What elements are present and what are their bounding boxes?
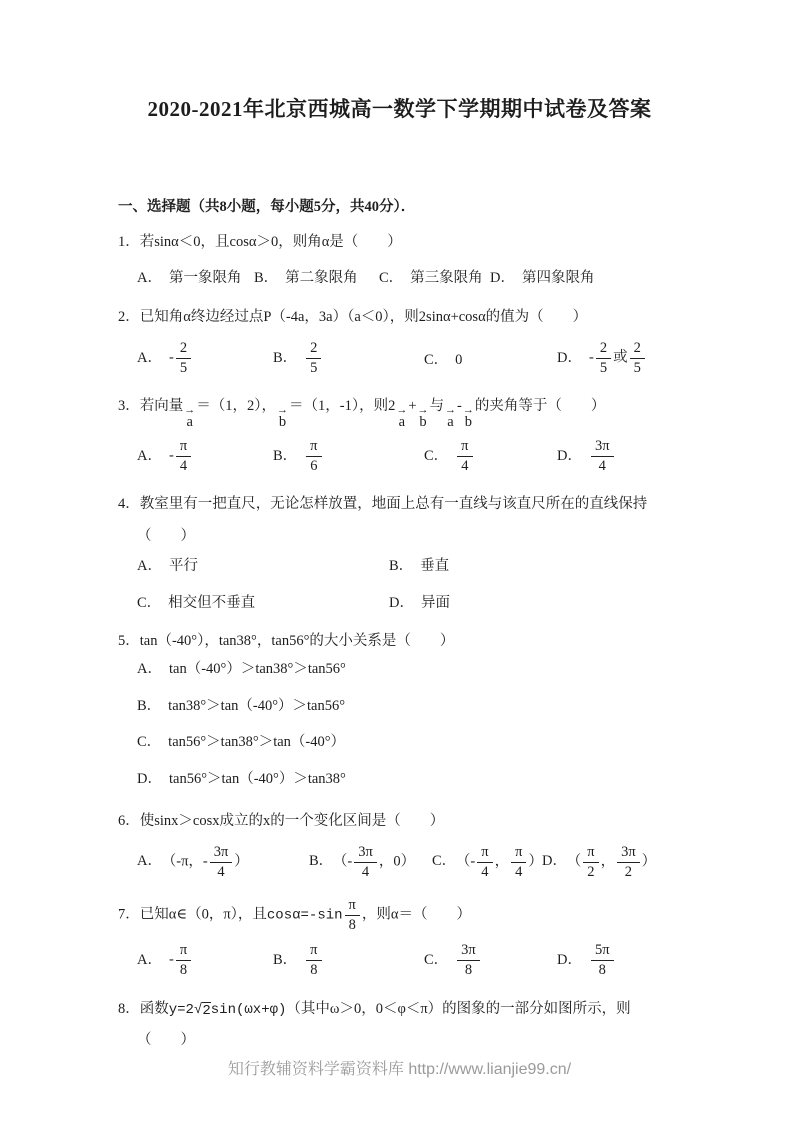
- text-segment: cosα=-sin: [267, 908, 343, 924]
- footer-text: 知行教辅资料学霸资料库 http://www.lianjie99.cn/: [118, 1060, 681, 1081]
- vector: →a: [396, 406, 407, 431]
- text-segment: -: [589, 350, 594, 366]
- option-group: A．第一象限角B．第二象限角C．第三象限角D．第四象限角: [118, 260, 681, 292]
- fraction-denominator: 4: [511, 863, 526, 882]
- option-label: C．: [424, 352, 448, 368]
- option: C．相交但不垂直: [137, 591, 389, 612]
- question-2: 2．已知角α终边经过点P（-4a，3a）（a＜0），则2sinα+cosα的值为…: [118, 302, 681, 381]
- fraction: 3π4: [591, 437, 614, 476]
- fraction-numerator: π: [511, 843, 526, 863]
- fraction-denominator: 8: [176, 961, 191, 980]
- fraction: π8: [176, 941, 191, 980]
- section-header: 一、选择题（共8小题，每小题5分，共40分）．: [118, 197, 681, 219]
- option-group: A．tan（-40°）＞tan38°＞tan56°B．tan38°＞tan（-4…: [118, 659, 681, 791]
- option: B．垂直: [389, 554, 681, 575]
- vector-letter: a: [187, 415, 193, 431]
- text-segment: 8．函数: [118, 1001, 169, 1017]
- option: D．-25或25: [557, 338, 681, 379]
- option: C．3π8: [424, 940, 557, 981]
- fraction-numerator: π: [306, 941, 321, 961]
- option-label: B．: [273, 448, 297, 464]
- fraction-denominator: 4: [595, 457, 610, 476]
- vector-letter: b: [419, 415, 426, 431]
- option-label: D．: [137, 771, 162, 787]
- fraction-denominator: 4: [358, 863, 373, 882]
- fraction-denominator: 2: [583, 863, 598, 882]
- fraction-denominator: 8: [306, 961, 321, 980]
- option: A．（-π，-3π4）: [137, 842, 309, 883]
- option-label: A．: [137, 853, 162, 869]
- question-stem: 5．tan（-40°），tan38°，tan56°的大小关系是（ ）: [118, 626, 681, 657]
- vector: →b: [463, 406, 474, 431]
- option-label: A．: [137, 952, 162, 968]
- text-segment: -: [457, 398, 462, 414]
- fraction-numerator: π: [457, 437, 472, 457]
- text-segment: 第三象限角: [410, 270, 483, 286]
- question-6: 6．使sinx＞cosx成立的x的一个变化区间是（ ）A．（-π，-3π4）B．…: [118, 806, 681, 885]
- fraction-numerator: 5π: [591, 941, 614, 961]
- fraction-numerator: 2: [176, 339, 191, 359]
- fraction: 3π8: [457, 941, 480, 980]
- fraction-numerator: 2: [596, 339, 611, 359]
- text-segment: 与: [430, 398, 445, 414]
- option-label: D．: [557, 952, 582, 968]
- option-label: D．: [490, 270, 515, 286]
- fraction: π4: [511, 843, 526, 882]
- vector: →b: [418, 406, 429, 431]
- option-label: D．: [542, 853, 567, 869]
- fraction: π4: [457, 437, 472, 476]
- fraction: π2: [583, 843, 598, 882]
- text-segment: ，: [495, 853, 510, 869]
- fraction-numerator: π: [477, 843, 492, 863]
- text-segment: ，则α＝（ ）: [362, 907, 471, 923]
- option: C．π4: [424, 436, 557, 477]
- question-8: 8．函数y=2√2sin(ωx+φ)（其中ω＞0，0＜φ＜π）的图象的一部分如图…: [118, 994, 681, 1056]
- fraction-numerator: 2: [630, 339, 645, 359]
- fraction-denominator: 2: [621, 863, 636, 882]
- vector-letter: b: [279, 415, 286, 431]
- text-segment: 2．已知角α终边经过点P（-4a，3a）（a＜0），则2sinα+cosα的值为…: [118, 309, 587, 325]
- text-segment: 0: [455, 352, 462, 368]
- vector-letter: a: [399, 415, 405, 431]
- option: B．25: [273, 338, 424, 379]
- text-segment: tan56°＞tan38°＞tan（-40°）: [168, 734, 345, 750]
- text-segment: 第一象限角: [169, 270, 242, 286]
- fraction-numerator: 3π: [354, 843, 377, 863]
- option-label: B．: [273, 952, 297, 968]
- option: D．5π8: [557, 940, 681, 981]
- fraction: 25: [596, 339, 611, 378]
- option-label: B．: [273, 350, 297, 366]
- option-label: A．: [137, 661, 162, 677]
- fraction-numerator: 3π: [617, 843, 640, 863]
- option: C．0: [424, 348, 557, 369]
- text-segment: ＝（1，-1），则2: [289, 398, 395, 414]
- fraction-numerator: π: [583, 843, 598, 863]
- option-label: D．: [389, 595, 414, 611]
- option-group: A．-25B．25C．0D．-25或25: [118, 335, 681, 381]
- option-group: A．-π4B．π6C．π4D．3π4: [118, 433, 681, 479]
- option: D．异面: [389, 591, 681, 612]
- fraction: π4: [176, 437, 191, 476]
- text-segment: 的夹角等于（ ）: [475, 398, 606, 414]
- fraction-numerator: 2: [306, 339, 321, 359]
- text-segment: 7．已知α∈（0，π），且: [118, 907, 267, 923]
- option: A．-π4: [137, 436, 273, 477]
- page-title: 2020-2021年北京西城高一数学下学期期中试卷及答案: [118, 96, 681, 123]
- fraction-numerator: π: [306, 437, 321, 457]
- option: D．（π2，3π2）: [542, 842, 681, 883]
- option-label: B．: [137, 698, 161, 714]
- option-label: C．: [379, 270, 403, 286]
- option-label: A．: [137, 558, 162, 574]
- text-segment: tan38°＞tan（-40°）＞tan56°: [168, 698, 345, 714]
- question-1: 1．若sinα＜0，且cosα＞0，则角α是（ ）A．第一象限角B．第二象限角C…: [118, 227, 681, 292]
- text-segment: 3．若向量: [118, 398, 183, 414]
- radical-sign-icon: √: [194, 1002, 202, 1020]
- text-segment: （-: [463, 853, 475, 869]
- option: D．第四象限角: [490, 266, 681, 287]
- text-segment: （: [574, 853, 581, 869]
- exam-page: 2020-2021年北京西城高一数学下学期期中试卷及答案 一、选择题（共8小题，…: [0, 0, 793, 1123]
- question-7: 7．已知α∈（0，π），且cosα=-sinπ8，则α＝（ ）A．-π8B．π8…: [118, 895, 681, 984]
- option-label: C．: [432, 853, 456, 869]
- text-segment: 4．教室里有一把直尺，无论怎样放置，地面上总有一直线与该直尺所在的直线保持（ ）: [118, 496, 647, 543]
- fraction-denominator: 8: [595, 961, 610, 980]
- option-label: B．: [389, 558, 413, 574]
- text-segment: （其中ω＞0，0＜φ＜π）的图象的一部分如图所示，则: [286, 1001, 630, 1017]
- option: C．tan56°＞tan38°＞tan（-40°）: [137, 732, 681, 754]
- text-segment: 第四象限角: [522, 270, 595, 286]
- question-list: 1．若sinα＜0，且cosα＞0，则角α是（ ）A．第一象限角B．第二象限角C…: [118, 225, 681, 1060]
- option: B．π6: [273, 436, 424, 477]
- text-segment: -: [169, 952, 174, 968]
- fraction-denominator: 4: [477, 863, 492, 882]
- text-segment: -: [169, 350, 174, 366]
- text-segment: 垂直: [420, 558, 449, 574]
- option-label: D．: [557, 350, 582, 366]
- option-label: C．: [424, 952, 448, 968]
- fraction-numerator: 3π: [457, 941, 480, 961]
- text-segment: ）: [528, 853, 543, 869]
- text-segment: 5．tan（-40°），tan38°，tan56°的大小关系是（ ）: [118, 633, 454, 649]
- option: A．tan（-40°）＞tan38°＞tan56°: [137, 659, 681, 681]
- text-segment: tan56°＞tan（-40°）＞tan38°: [169, 771, 346, 787]
- option-label: C．: [137, 595, 161, 611]
- fraction: 25: [176, 339, 191, 378]
- option-group: A．（-π，-3π4）B．（-3π4，0）C．（-π4，π4）D．（π2，3π2…: [118, 839, 681, 885]
- text-segment: y=2: [169, 1002, 194, 1018]
- option-label: C．: [424, 448, 448, 464]
- option: A．-25: [137, 338, 273, 379]
- fraction-denominator: 6: [306, 457, 321, 476]
- fraction-denominator: 4: [213, 863, 228, 882]
- question-stem: 4．教室里有一把直尺，无论怎样放置，地面上总有一直线与该直尺所在的直线保持（ ）: [118, 489, 681, 551]
- fraction-numerator: π: [176, 941, 191, 961]
- question-stem: 2．已知角α终边经过点P（-4a，3a）（a＜0），则2sinα+cosα的值为…: [118, 302, 681, 333]
- text-segment: ）: [642, 853, 657, 869]
- fraction: 5π8: [591, 941, 614, 980]
- option-label: B．: [254, 270, 278, 286]
- vector: →a: [445, 406, 456, 431]
- fraction-denominator: 5: [176, 359, 191, 378]
- fraction-denominator: 5: [596, 359, 611, 378]
- text-segment: ，: [601, 853, 616, 869]
- option-label: B．: [309, 853, 333, 869]
- fraction: 25: [630, 339, 645, 378]
- option: B．第二象限角: [254, 266, 379, 287]
- option: C．第三象限角: [379, 266, 490, 287]
- question-4: 4．教室里有一把直尺，无论怎样放置，地面上总有一直线与该直尺所在的直线保持（ ）…: [118, 489, 681, 611]
- vector: →a: [184, 406, 195, 431]
- fraction: π8: [306, 941, 321, 980]
- option: C．（-π4，π4）: [432, 842, 542, 883]
- fraction: π6: [306, 437, 321, 476]
- text-segment: sin(ωx+φ): [211, 1002, 287, 1018]
- text-segment: 或: [613, 350, 628, 366]
- question-stem: 7．已知α∈（0，π），且cosα=-sinπ8，则α＝（ ）: [118, 895, 681, 936]
- option-group: A．-π8B．π8C．3π8D．5π8: [118, 938, 681, 984]
- fraction: 3π4: [210, 843, 233, 882]
- option: B．π8: [273, 940, 424, 981]
- text-segment: 平行: [169, 558, 198, 574]
- question-stem: 3．若向量→a＝（1，2），→b＝（1，-1），则2→a+→b与→a-→b的夹角…: [118, 391, 681, 431]
- text-segment: ，0）: [379, 853, 415, 869]
- option: B．（-3π4，0）: [309, 842, 432, 883]
- text-segment: 第二象限角: [285, 270, 358, 286]
- option: B．tan38°＞tan（-40°）＞tan56°: [137, 696, 681, 718]
- question-stem: 1．若sinα＜0，且cosα＞0，则角α是（ ）: [118, 227, 681, 258]
- question-stem: 8．函数y=2√2sin(ωx+φ)（其中ω＞0，0＜φ＜π）的图象的一部分如图…: [118, 994, 681, 1056]
- fraction-denominator: 5: [306, 359, 321, 378]
- fraction-denominator: 4: [176, 457, 191, 476]
- question-3: 3．若向量→a＝（1，2），→b＝（1，-1），则2→a+→b与→a-→b的夹角…: [118, 391, 681, 479]
- text-segment: ）: [234, 853, 249, 869]
- text-segment: ＝（1，2），: [196, 398, 276, 414]
- fraction: 3π4: [354, 843, 377, 882]
- option-label: D．: [557, 448, 582, 464]
- fraction: π8: [345, 896, 360, 935]
- text-segment: -: [169, 448, 174, 464]
- text-segment: 相交但不垂直: [168, 595, 255, 611]
- fraction: π4: [477, 843, 492, 882]
- fraction-numerator: 3π: [591, 437, 614, 457]
- radicand: 2: [202, 1002, 210, 1020]
- option-label: A．: [137, 448, 162, 464]
- option-label: A．: [137, 270, 162, 286]
- text-segment: （-π，-: [169, 853, 208, 869]
- text-segment: （-: [340, 853, 352, 869]
- fraction-denominator: 4: [457, 457, 472, 476]
- option-group: A．平行B．垂直C．相交但不垂直D．异面: [118, 554, 681, 612]
- option: D．tan56°＞tan（-40°）＞tan38°: [137, 769, 681, 791]
- square-root: √2: [194, 1002, 211, 1020]
- fraction: 25: [306, 339, 321, 378]
- option: A．-π8: [137, 940, 273, 981]
- fraction: 3π2: [617, 843, 640, 882]
- fraction-numerator: π: [345, 896, 360, 916]
- vector-letter: a: [447, 415, 453, 431]
- vector: →b: [277, 406, 288, 431]
- option: D．3π4: [557, 436, 681, 477]
- fraction-numerator: π: [176, 437, 191, 457]
- text-segment: 6．使sinx＞cosx成立的x的一个变化区间是（ ）: [118, 813, 444, 829]
- text-segment: tan（-40°）＞tan38°＞tan56°: [169, 661, 346, 677]
- question-stem: 6．使sinx＞cosx成立的x的一个变化区间是（ ）: [118, 806, 681, 837]
- option: A．平行: [137, 554, 389, 575]
- option-label: A．: [137, 350, 162, 366]
- vector-letter: b: [465, 415, 472, 431]
- text-segment: 1．若sinα＜0，且cosα＞0，则角α是（ ）: [118, 234, 402, 250]
- fraction-denominator: 8: [461, 961, 476, 980]
- option-label: C．: [137, 734, 161, 750]
- fraction-denominator: 8: [345, 916, 360, 935]
- text-segment: 异面: [421, 595, 450, 611]
- text-segment: +: [408, 398, 416, 414]
- fraction-numerator: 3π: [210, 843, 233, 863]
- fraction-denominator: 5: [630, 359, 645, 378]
- text-segment: （ ）: [137, 1032, 195, 1048]
- question-5: 5．tan（-40°），tan38°，tan56°的大小关系是（ ）A．tan（…: [118, 626, 681, 791]
- option: A．第一象限角: [137, 266, 254, 287]
